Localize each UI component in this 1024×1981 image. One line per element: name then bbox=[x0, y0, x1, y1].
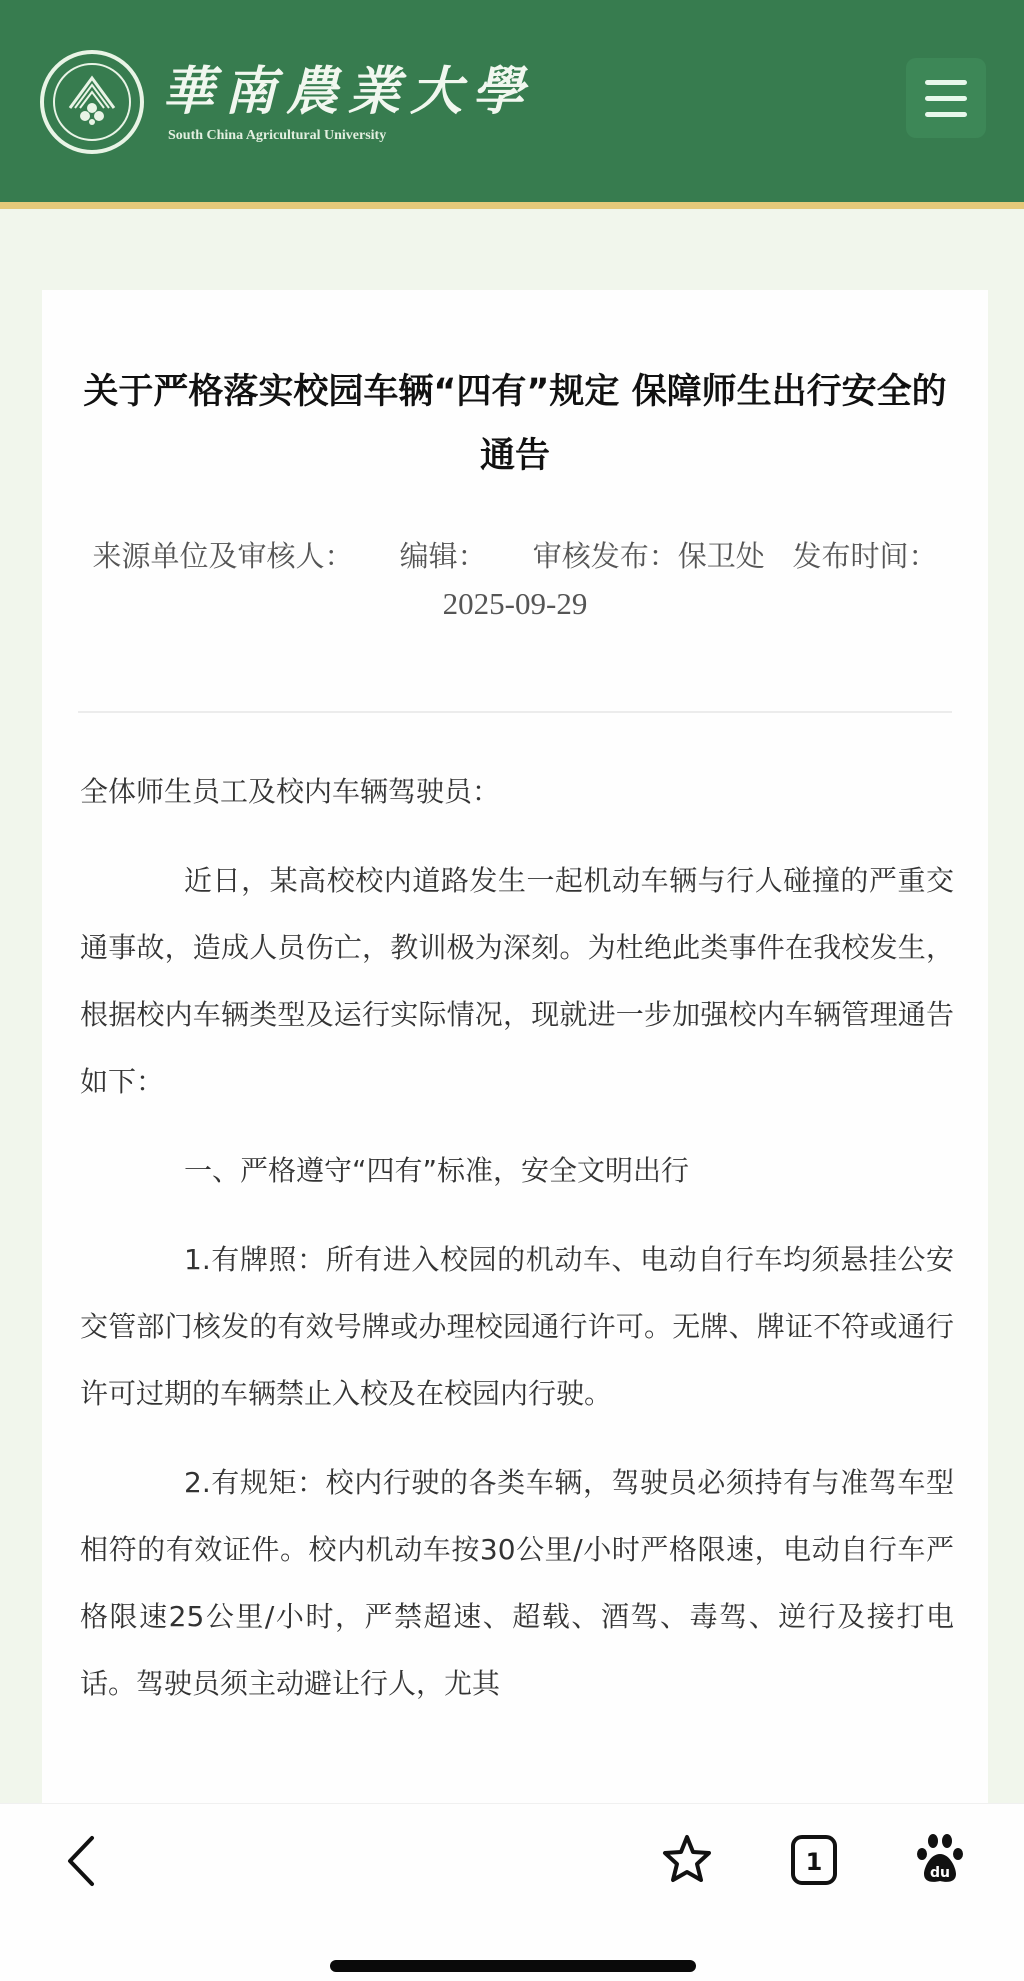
bookmark-button[interactable] bbox=[660, 1832, 714, 1890]
editor-label: 编辑： bbox=[400, 539, 487, 573]
browser-toolbar: 1 du bbox=[0, 1803, 1024, 1981]
logo-english-name: South China Agricultural University bbox=[168, 128, 534, 144]
source-label: 来源单位及审核人： bbox=[93, 539, 354, 573]
baidu-paw-icon: du bbox=[916, 1832, 964, 1886]
article-title: 关于严格落实校园车辆“四有”规定 保障师生出行安全的通告 bbox=[82, 360, 948, 488]
article-card: 关于严格落实校园车辆“四有”规定 保障师生出行安全的通告 来源单位及审核人： 编… bbox=[42, 290, 988, 1850]
publish-date: 2025-09-29 bbox=[443, 586, 588, 621]
tabs-button[interactable]: 1 bbox=[790, 1834, 838, 1890]
publisher-label: 审核发布： bbox=[533, 539, 678, 573]
paragraph-rules: 2.有规矩：校内行驶的各类车辆，驾驶员必须持有与准驾车型相符的有效证件。校内机动… bbox=[80, 1449, 954, 1717]
salutation: 全体师生员工及校内车辆驾驶员： bbox=[80, 758, 954, 825]
publisher-value: 保卫处 bbox=[678, 539, 765, 573]
paragraph-license: 1.有牌照：所有进入校园的机动车、电动自行车均须悬挂公安交管部门核发的有效号牌或… bbox=[80, 1226, 954, 1427]
tabs-count-icon: 1 bbox=[790, 1834, 838, 1886]
hamburger-line bbox=[925, 96, 967, 101]
article-body: 全体师生员工及校内车辆驾驶员： 近日，某高校校内道路发生一起机动车辆与行人碰撞的… bbox=[80, 758, 954, 1739]
svg-text:1: 1 bbox=[806, 1848, 823, 1876]
section-heading: 一、严格遵守“四有”标准，安全文明出行 bbox=[80, 1137, 954, 1204]
date-label: 发布时间： bbox=[792, 539, 937, 573]
hamburger-line bbox=[925, 112, 967, 117]
divider bbox=[78, 711, 952, 713]
article-meta: 来源单位及审核人： 编辑： 审核发布：保卫处 发布时间：2025-09-29 bbox=[82, 532, 948, 628]
hamburger-menu-icon bbox=[925, 80, 967, 85]
site-header: 華南農業大學 South China Agricultural Universi… bbox=[0, 0, 1024, 209]
back-chevron-icon bbox=[64, 1834, 98, 1888]
university-logo[interactable]: 華南農業大學 South China Agricultural Universi… bbox=[40, 50, 534, 154]
hamburger-menu-button[interactable] bbox=[906, 58, 986, 138]
paragraph-intro: 近日，某高校校内道路发生一起机动车辆与行人碰撞的严重交通事故，造成人员伤亡，教训… bbox=[80, 847, 954, 1115]
university-emblem-icon bbox=[40, 50, 144, 154]
home-indicator[interactable] bbox=[330, 1960, 696, 1972]
star-icon bbox=[660, 1832, 714, 1886]
logo-chinese-name: 華南農業大學 bbox=[162, 60, 534, 124]
svg-text:du: du bbox=[930, 1865, 950, 1881]
baidu-button[interactable]: du bbox=[916, 1832, 964, 1890]
back-button[interactable] bbox=[64, 1834, 98, 1892]
